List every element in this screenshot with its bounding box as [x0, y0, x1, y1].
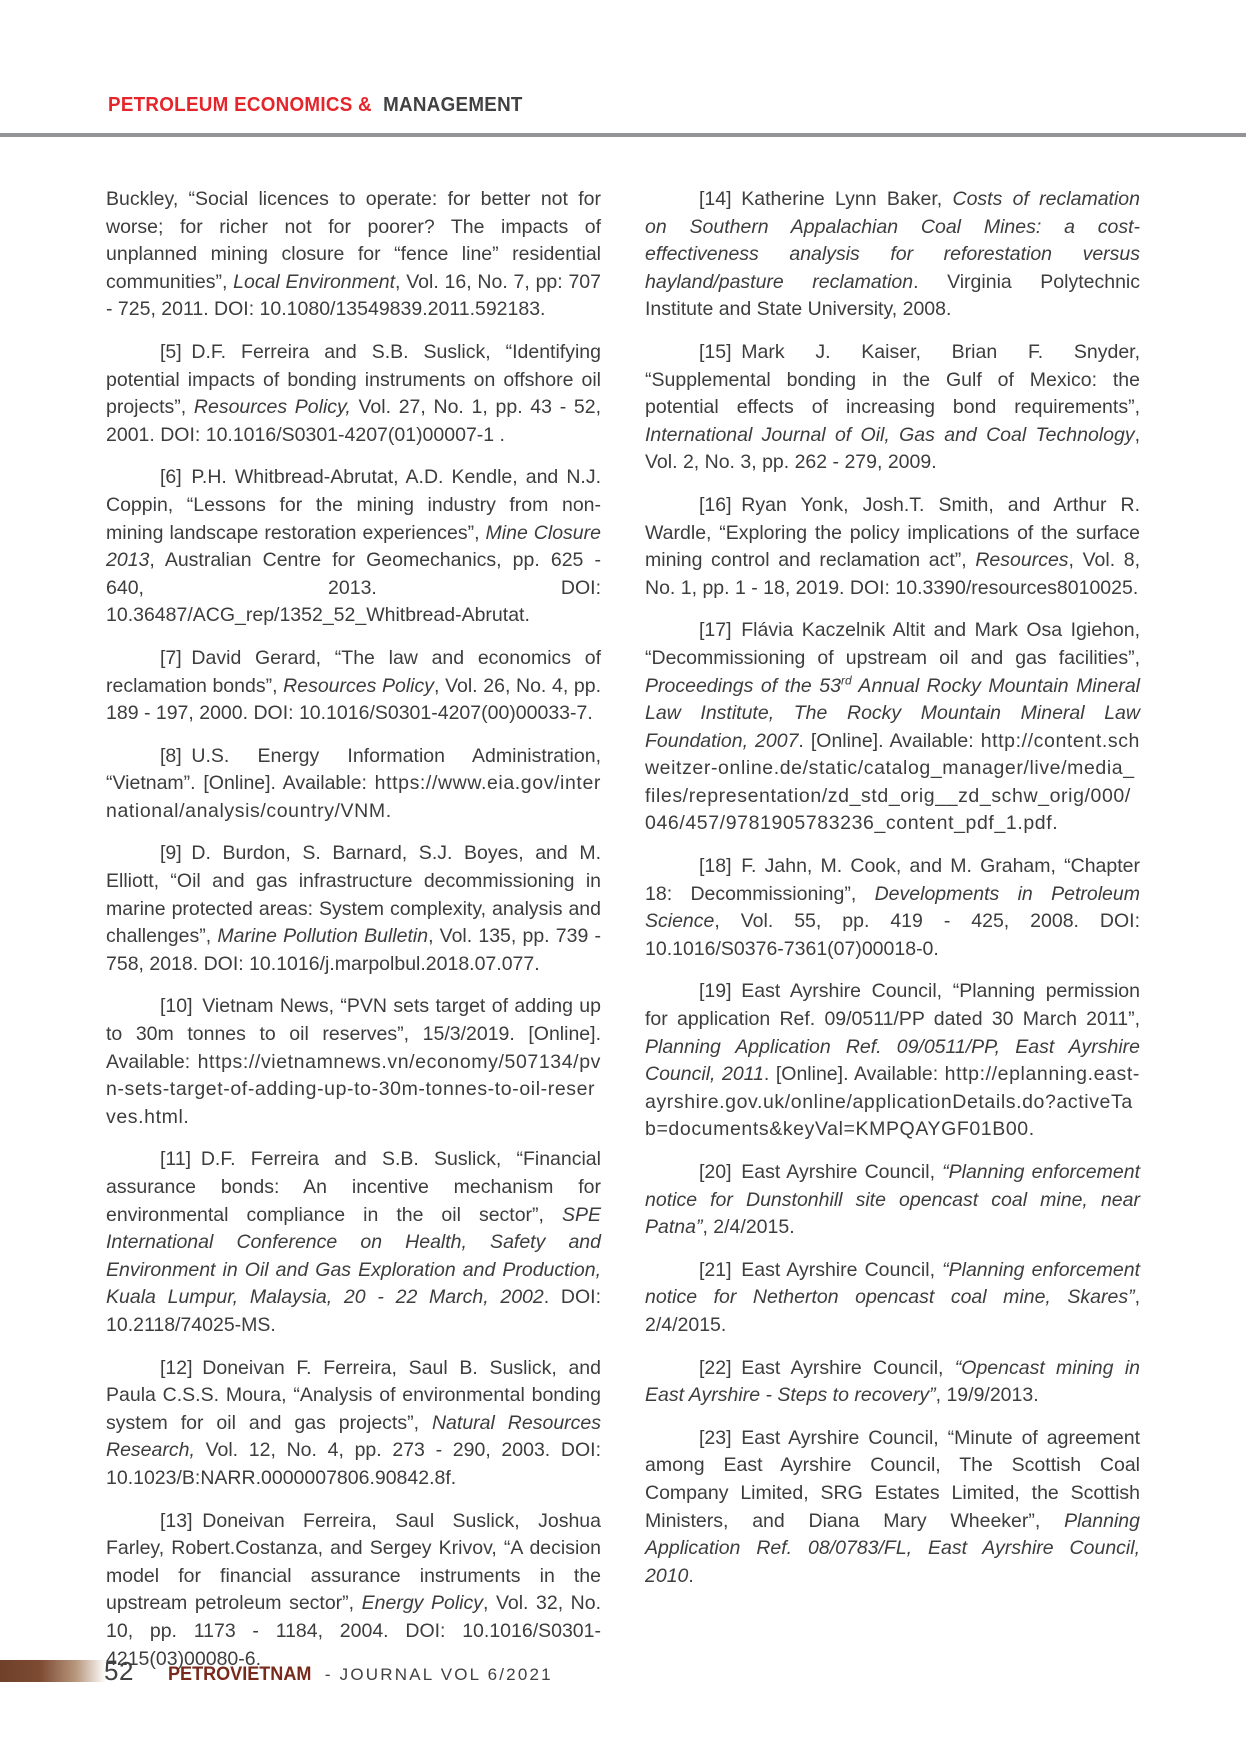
reference-text-segment: Local Environment	[233, 271, 395, 293]
reference-item: [15] Mark J. Kaiser, Brian F. Snyder, “S…	[645, 339, 1140, 477]
reference-item: [8] U.S. Energy Information Administrati…	[106, 743, 601, 826]
reference-item: [20] East Ayrshire Council, “Planning en…	[645, 1159, 1140, 1242]
reference-text-segment: Proceedings of the 53	[645, 675, 841, 697]
reference-item: [5] D.F. Ferreira and S.B. Suslick, “Ide…	[106, 339, 601, 449]
reference-item: [14] Katherine Lynn Baker, Costs of recl…	[645, 186, 1140, 324]
reference-item: [13] Doneivan Ferreira, Saul Suslick, Jo…	[106, 1508, 601, 1674]
page-footer: 52 PETROVIETNAM - JOURNAL VOL 6/2021	[0, 1653, 1246, 1689]
references-section: Buckley, “Social licences to operate: fo…	[106, 186, 1140, 1688]
reference-item: Buckley, “Social licences to operate: fo…	[106, 186, 601, 324]
journal-volume-info: - JOURNAL VOL 6/2021	[325, 1665, 553, 1685]
reference-text-segment: .	[688, 1565, 693, 1587]
reference-text-segment: [20] East Ayrshire Council,	[699, 1161, 942, 1183]
reference-text-segment: [11] D.F. Ferreira and S.B. Suslick, “Fi…	[106, 1148, 601, 1225]
footer-gradient-bar	[0, 1660, 106, 1682]
reference-text-segment: International Journal of Oil, Gas and Co…	[645, 424, 1135, 446]
reference-item: [11] D.F. Ferreira and S.B. Suslick, “Fi…	[106, 1146, 601, 1339]
reference-text-segment: . [Online]. Available:	[798, 730, 980, 752]
reference-text-segment: [14] Katherine Lynn Baker,	[699, 188, 952, 210]
reference-text-segment: [17] Flávia Kaczelnik Altit and Mark Osa…	[645, 619, 1140, 669]
section-title-primary: PETROLEUM ECONOMICS &	[108, 94, 372, 116]
references-column-right: [14] Katherine Lynn Baker, Costs of recl…	[645, 186, 1140, 1688]
reference-item: [21] East Ayrshire Council, “Planning en…	[645, 1257, 1140, 1340]
reference-item: [12] Doneivan F. Ferreira, Saul B. Susli…	[106, 1355, 601, 1493]
reference-item: [19] East Ayrshire Council, “Planning pe…	[645, 978, 1140, 1144]
reference-text-segment: , Vol. 55, pp. 419 - 425, 2008. DOI: 10.…	[645, 910, 1140, 960]
section-header: PETROLEUM ECONOMICS & MANAGEMENT	[108, 94, 523, 117]
reference-text-segment: [21] East Ayrshire Council,	[699, 1259, 942, 1281]
reference-text-segment: rd	[841, 673, 852, 687]
reference-item: [6] P.H. Whitbread-Abrutat, A.D. Kendle,…	[106, 464, 601, 630]
journal-brand: PETROVIETNAM	[168, 1664, 311, 1686]
reference-item: [9] D. Burdon, S. Barnard, S.J. Boyes, a…	[106, 840, 601, 978]
reference-item: [17] Flávia Kaczelnik Altit and Mark Osa…	[645, 617, 1140, 838]
reference-item: [7] David Gerard, “The law and economics…	[106, 645, 601, 728]
references-column-left: Buckley, “Social licences to operate: fo…	[106, 186, 601, 1688]
reference-item: [18] F. Jahn, M. Cook, and M. Graham, “C…	[645, 853, 1140, 963]
reference-text-segment: Resources	[975, 549, 1068, 571]
footer-text: 52 PETROVIETNAM - JOURNAL VOL 6/2021	[104, 1653, 553, 1689]
reference-text-segment: , Australian Centre for Geomechanics, pp…	[106, 549, 601, 626]
reference-text-segment: Resources Policy	[283, 675, 434, 697]
reference-text-segment: Energy Policy	[362, 1592, 483, 1614]
reference-text-segment: [22] East Ayrshire Council,	[699, 1357, 955, 1379]
reference-text-segment: , 2/4/2015.	[702, 1216, 794, 1238]
reference-text-segment: Marine Pollution Bulletin	[217, 925, 428, 947]
page-number: 52	[104, 1653, 134, 1689]
reference-text-segment: Resources Policy,	[194, 396, 351, 418]
header-divider	[0, 133, 1246, 137]
reference-item: [10] Vietnam News, “PVN sets target of a…	[106, 993, 601, 1131]
reference-text-segment: [19] East Ayrshire Council, “Planning pe…	[645, 980, 1140, 1030]
reference-item: [22] East Ayrshire Council, “Opencast mi…	[645, 1355, 1140, 1410]
section-title-secondary: MANAGEMENT	[383, 94, 523, 116]
reference-text-segment: [15] Mark J. Kaiser, Brian F. Snyder, “S…	[645, 341, 1140, 418]
reference-item: [23] East Ayrshire Council, “Minute of a…	[645, 1425, 1140, 1591]
reference-item: [16] Ryan Yonk, Josh.T. Smith, and Arthu…	[645, 492, 1140, 602]
reference-text-segment: , 19/9/2013.	[936, 1384, 1039, 1406]
reference-text-segment: . [Online]. Available:	[764, 1063, 945, 1085]
